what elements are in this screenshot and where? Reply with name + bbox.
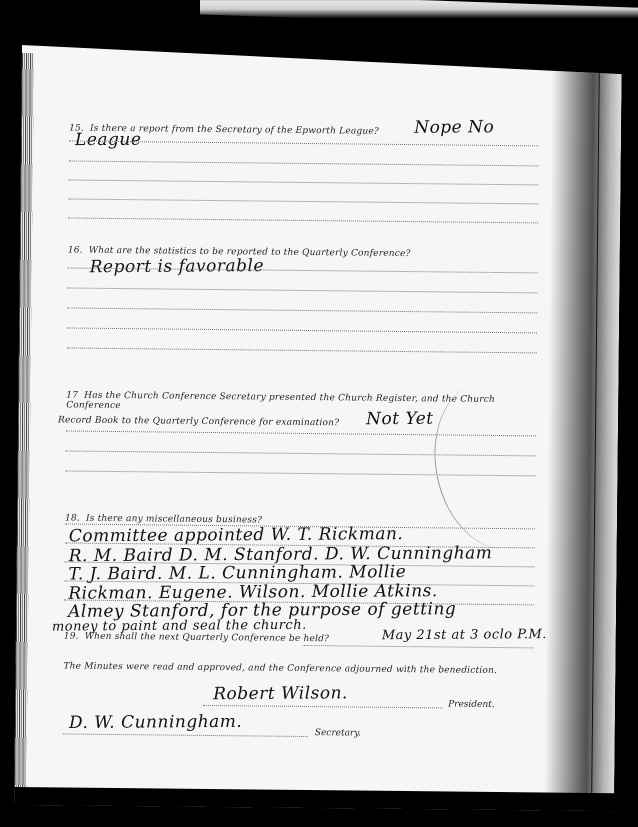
ruled-line bbox=[67, 307, 537, 313]
book-gutter-shadow bbox=[544, 51, 622, 812]
answer-17-line-1: Not Yet bbox=[366, 409, 434, 429]
president-signature: Robert Wilson. bbox=[213, 683, 348, 704]
signature-line bbox=[63, 733, 308, 737]
page-stack-edges bbox=[14, 53, 34, 805]
question-17-text-2: Record Book to the Quarterly Conference … bbox=[58, 415, 339, 428]
president-label: President. bbox=[448, 699, 495, 709]
secretary-label: Secretary. bbox=[315, 728, 361, 738]
ruled-line bbox=[69, 179, 539, 185]
answer-15-line-1: Nope No bbox=[414, 117, 494, 138]
answer-19-line-1: May 21st at 3 oclo P.M. bbox=[382, 627, 547, 643]
ruled-line bbox=[67, 327, 537, 333]
ruled-line bbox=[69, 160, 539, 166]
answer-16-line-1: Report is favorable bbox=[90, 256, 264, 277]
closing-statement: The Minutes were read and approved, and … bbox=[63, 661, 533, 676]
question-19-text: When shall the next Quarterly Conference… bbox=[85, 632, 329, 645]
ruled-line bbox=[68, 198, 538, 204]
ledger-page: 15.Is there a report from the Secretary … bbox=[14, 45, 622, 811]
facing-page-edge bbox=[200, 0, 638, 30]
secretary-signature: D. W. Cunningham. bbox=[69, 712, 243, 733]
page-content: 15.Is there a report from the Secretary … bbox=[62, 46, 540, 811]
ruled-line bbox=[67, 287, 537, 293]
ruled-line bbox=[68, 217, 538, 223]
signature-line bbox=[203, 705, 443, 709]
ruled-line bbox=[67, 347, 537, 353]
